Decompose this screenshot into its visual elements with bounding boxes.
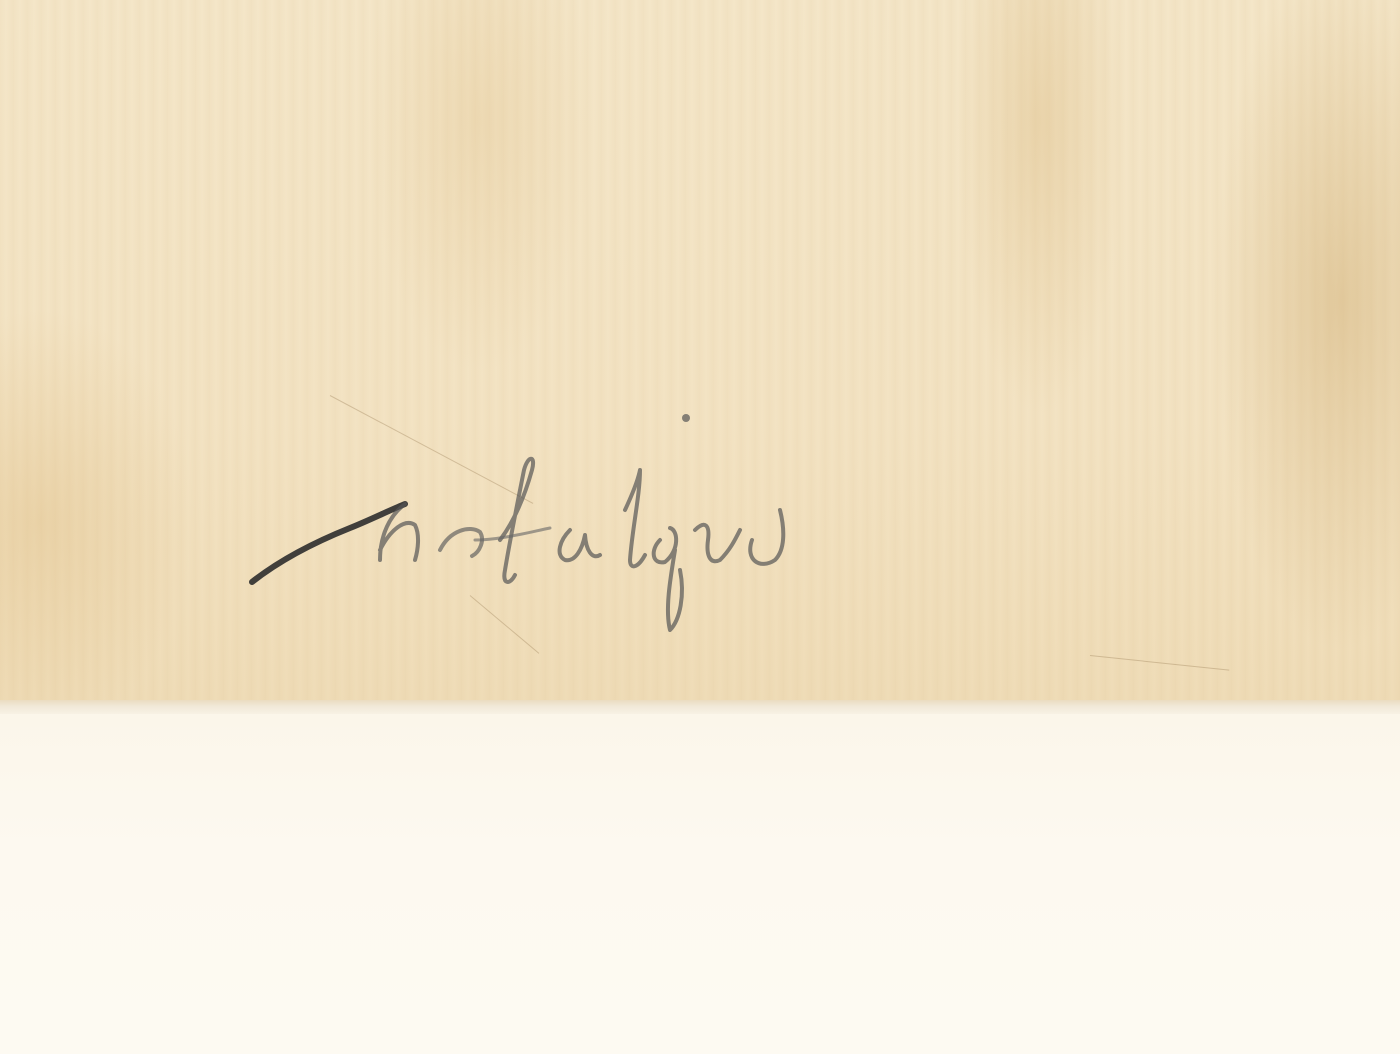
artist-signature: m. Falagi: [240, 400, 1160, 660]
mat-board: [0, 714, 1400, 1054]
signature-strokes: [240, 400, 1160, 660]
paper-edge: [0, 700, 1400, 714]
